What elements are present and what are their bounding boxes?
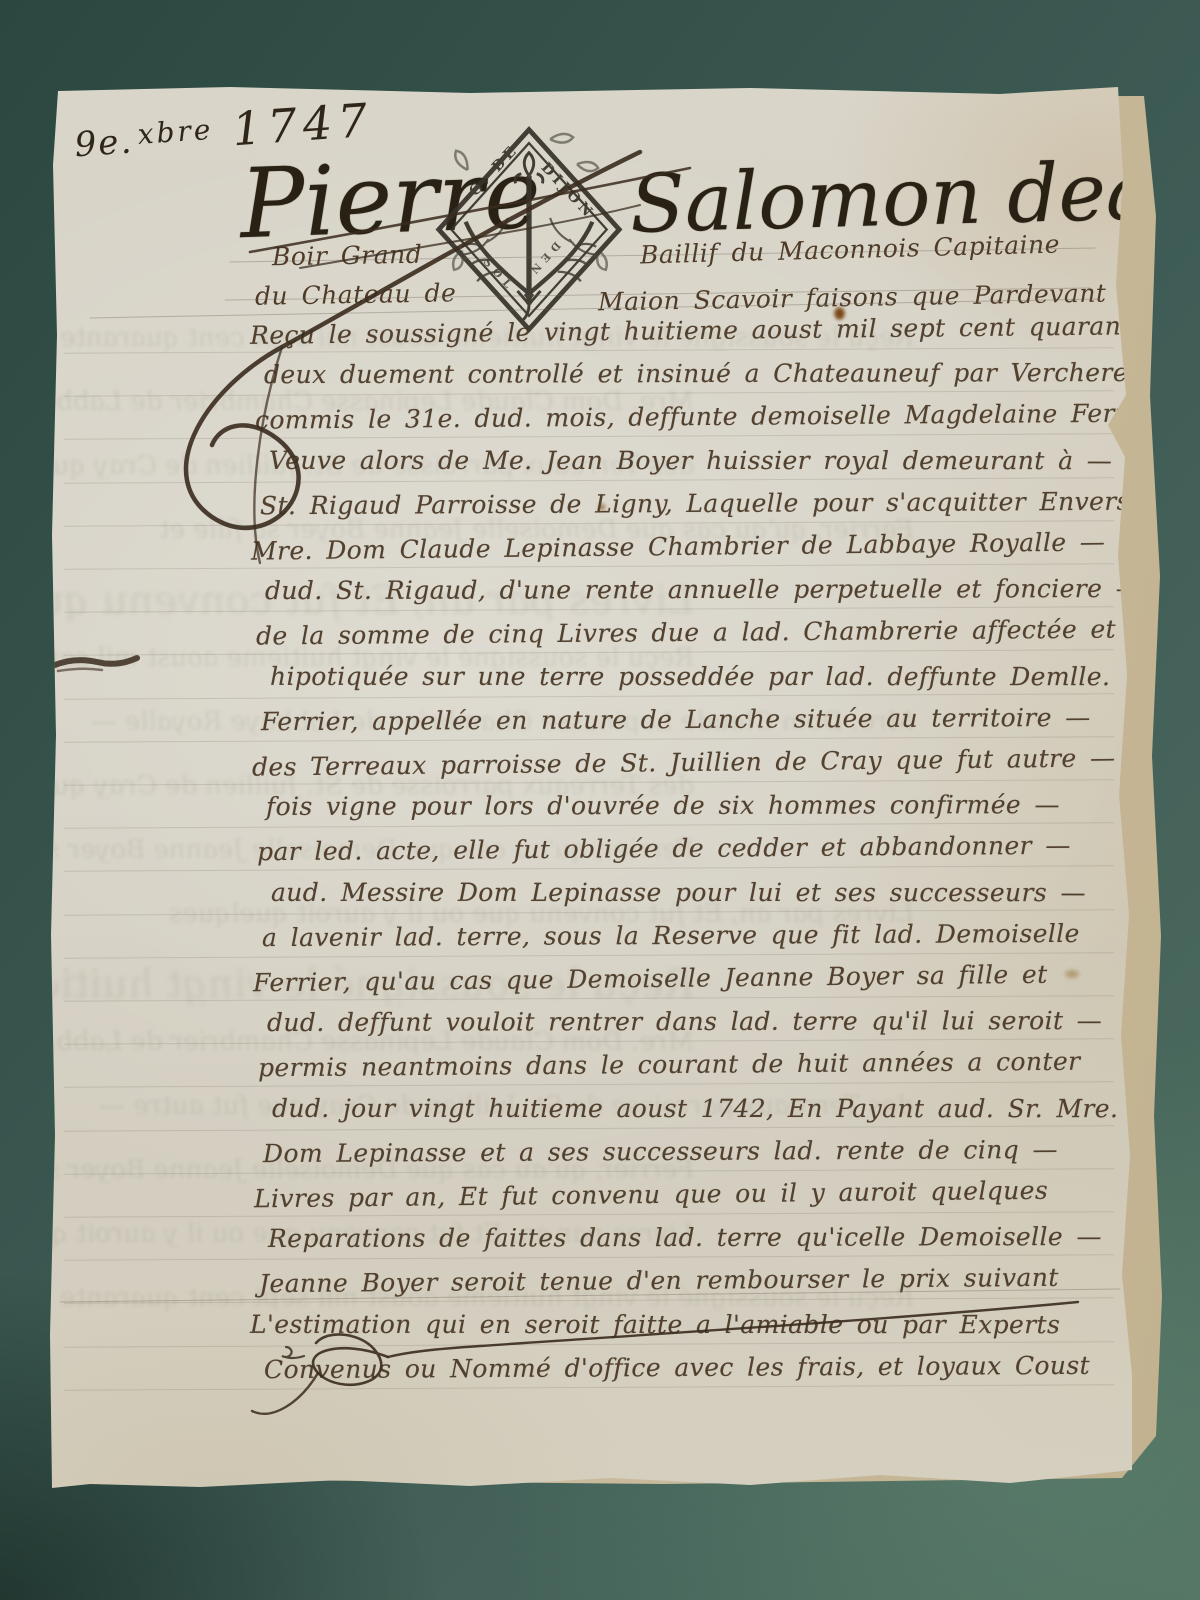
ruled-guide-line bbox=[64, 736, 1114, 742]
manuscript-line: Livres par an, Et fut convenu que ou il … bbox=[254, 1177, 1048, 1213]
manuscript-line: Reparations de faittes dans lad. terre q… bbox=[268, 1223, 1102, 1253]
manuscript-line: St. Rigaud Parroisse de Ligny, Laquelle … bbox=[260, 488, 1130, 520]
manuscript-line: Convenus ou Nommé d'office avec les frai… bbox=[264, 1352, 1090, 1384]
manuscript-line: commis le 31e. dud. mois, deffunte demoi… bbox=[255, 400, 1163, 435]
manuscript-line: Jeanne Boyer seroit tenue d'en rembourse… bbox=[259, 1264, 1059, 1298]
manuscript-line: Ferrier, appellée en nature de Lanche si… bbox=[261, 704, 1091, 736]
manuscript-line: dud. St. Rigaud, d'une rente annuelle pe… bbox=[265, 575, 1141, 605]
ruled-guide-line bbox=[64, 563, 1114, 569]
manuscript-line: des Terreaux parroisse de St. Juillien d… bbox=[252, 744, 1116, 781]
foxing-spot bbox=[1064, 969, 1080, 979]
date-day: 9e. bbox=[73, 121, 134, 165]
photo-of-manuscript: { "scene": { "description_colors": { "ba… bbox=[0, 0, 1200, 1600]
manuscript-page: Reçu le soussigné le vingt huitieme aous… bbox=[50, 85, 1135, 1490]
ruled-guide-line bbox=[64, 1254, 1114, 1260]
manuscript-line: fois vigne pour lors d'ouvrée de six hom… bbox=[266, 791, 1060, 820]
manuscript-line: permis neantmoins dans le courant de hui… bbox=[258, 1048, 1081, 1082]
subheading-left-1: Boir Grand bbox=[272, 242, 423, 270]
foxing-spot bbox=[598, 503, 606, 511]
manuscript-line: Reçu le soussigné le vingt huitieme aous… bbox=[250, 312, 1147, 349]
stamp-text-dijon: DIJON bbox=[538, 159, 599, 222]
manuscript-line: L'estimation qui en seroit faitte a l'am… bbox=[250, 1310, 1060, 1338]
manuscript-line: Veuve alors de Me. Jean Boyer huissier r… bbox=[269, 446, 1112, 474]
foxing-spot bbox=[834, 307, 845, 320]
dijon-tax-stamp-icon: G. DE DIJON SOL DEN bbox=[433, 125, 625, 333]
ruled-guide-line bbox=[64, 1211, 1114, 1217]
ruled-guide-line bbox=[64, 1082, 1114, 1088]
manuscript-line: aud. Messire Dom Lepinasse pour lui et s… bbox=[271, 878, 1086, 906]
subheading-left-2: du Chateau de bbox=[255, 280, 457, 309]
ruled-guide-line bbox=[64, 693, 1114, 699]
manuscript-line: deux duement controllé et insinué a Chat… bbox=[264, 359, 1167, 389]
manuscript-line: a lavenir lad. terre, sous la Reserve qu… bbox=[262, 920, 1080, 952]
ruled-guide-line bbox=[64, 1125, 1114, 1131]
ruled-guide-line bbox=[64, 434, 1114, 440]
manuscript-line: dud. jour vingt huitieme aoust 1742, En … bbox=[272, 1094, 1118, 1122]
ruled-guide-line bbox=[64, 866, 1114, 872]
ruled-guide-line bbox=[64, 952, 1114, 958]
stamp-text-gde: G. DE bbox=[466, 141, 522, 200]
manuscript-line: de la somme de cinq Livres due a lad. Ch… bbox=[256, 616, 1116, 650]
manuscript-line: Ferrier, qu'au cas que Demoiselle Jeanne… bbox=[253, 961, 1048, 997]
subheading-right-2: Maion Scavoir faisons que Pardevant bbox=[598, 281, 1107, 315]
manuscript-line: hipotiquée sur une terre posseddée par l… bbox=[270, 662, 1110, 690]
ruled-guide-line bbox=[64, 822, 1114, 828]
date-month: xbre bbox=[137, 113, 215, 151]
manuscript-line: Dom Lepinasse et a ses successeurs lad. … bbox=[263, 1136, 1058, 1168]
manuscript-line: dud. deffunt vouloit rentrer dans lad. t… bbox=[267, 1007, 1102, 1037]
manuscript-line: par led. acte, elle fut obligée de cedde… bbox=[257, 832, 1071, 866]
ruled-guide-line bbox=[64, 1341, 1114, 1347]
ruled-guide-line bbox=[64, 1384, 1114, 1390]
